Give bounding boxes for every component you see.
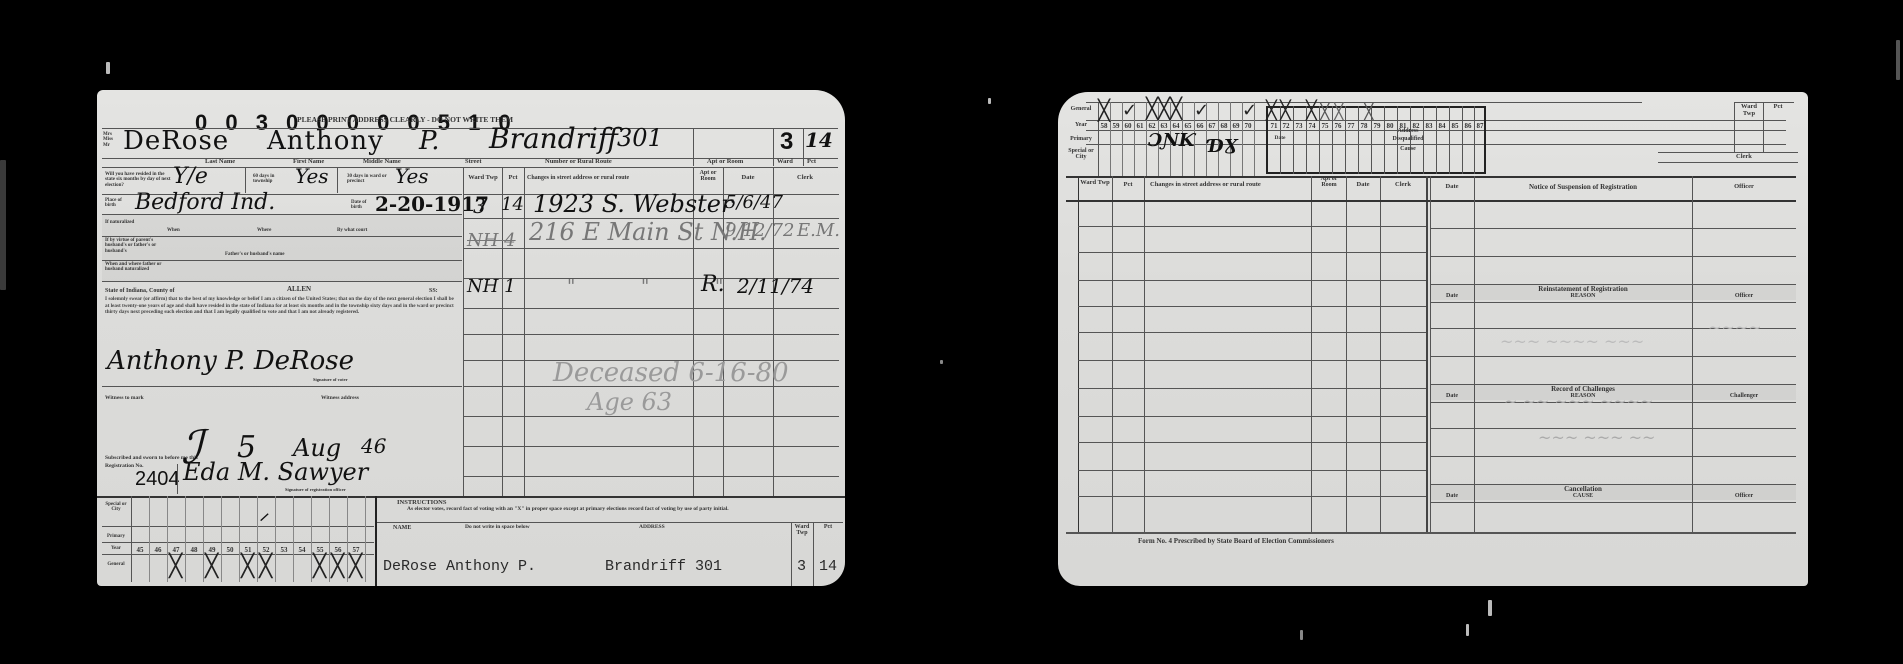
back-grid-label-year: Year: [1064, 122, 1098, 128]
rule: [1658, 152, 1798, 153]
vote-mark-check: ✓: [1242, 102, 1257, 120]
rule: [1430, 484, 1796, 485]
county-value: ALLEN: [287, 286, 311, 293]
label-apt: Apt or Room: [707, 159, 743, 166]
header-apt-room: Apt or Room: [695, 170, 721, 183]
rule: [1763, 102, 1764, 152]
rule: [502, 167, 503, 497]
year-cell: 73: [1293, 122, 1305, 130]
rule: [1078, 226, 1426, 227]
rule: [1430, 502, 1796, 503]
primary-mark: ᐟ: [257, 510, 266, 535]
rule: [257, 496, 258, 582]
rule: [1346, 176, 1347, 532]
rule: [1078, 388, 1426, 389]
stub-pct: 14: [819, 558, 837, 575]
rule: [102, 167, 838, 168]
rule: [1066, 200, 1796, 202]
back-header-apt: Apt or Room: [1313, 176, 1345, 189]
year-cell: 76: [1332, 122, 1344, 130]
label-resided-state: Will you have resided in the state six m…: [105, 172, 171, 188]
year-cell: 64: [1170, 122, 1182, 130]
year-cell: 77: [1345, 122, 1357, 130]
rule: [1078, 306, 1426, 307]
rule: [463, 334, 839, 335]
label-ward: Ward: [777, 159, 793, 166]
rule: [177, 464, 178, 494]
cancellation-date-header: Date: [1432, 493, 1472, 499]
header-date: Date: [725, 175, 771, 182]
registration-card-front: 0 0 3 0 0 0 0 0 5 1 0 PLEASE PRINT ADDRE…: [97, 90, 845, 586]
reinstatement-officer-header: Officer: [1694, 293, 1794, 299]
rule: [1078, 332, 1426, 333]
rule: [102, 386, 462, 387]
change-row3-ward: NH 1: [467, 276, 516, 297]
rule: [97, 496, 845, 498]
change-row3-clerk: R.: [701, 272, 725, 297]
change-row1-ward: 3: [473, 194, 486, 218]
rule: [203, 496, 204, 582]
rule: [1430, 302, 1796, 303]
back-grid-label-special: Special or City: [1064, 148, 1098, 161]
rule: [1078, 416, 1426, 417]
box-label-address: Address: [1388, 128, 1428, 134]
rule: [311, 496, 312, 582]
rule: [102, 260, 462, 261]
back-header-date: Date: [1348, 182, 1378, 189]
back-header-clerk: Clerk: [1382, 182, 1424, 189]
reinstatement-date-header: Date: [1432, 293, 1472, 299]
rule: [1734, 102, 1735, 152]
label-place-of-birth: Place of birth: [105, 198, 133, 209]
label-by-what-court: By what court: [337, 228, 367, 233]
rule: [1078, 280, 1426, 281]
suspension-officer-header: Officer: [1694, 184, 1794, 191]
rule: [1066, 532, 1796, 534]
rule: [1430, 228, 1796, 229]
rule: [1658, 162, 1798, 163]
year-cell: 87: [1474, 122, 1486, 130]
registrar-signature: Eda M. Sawyer: [183, 458, 368, 486]
label-pct: Pct: [807, 159, 816, 166]
precinct-value: 14: [805, 128, 833, 152]
label-father-naturalized: When and where father or husband natural…: [105, 262, 169, 273]
challenges-faint-note: ~ ~~ ~~~ ~~~~: [1504, 392, 1653, 411]
year-cell: 78: [1358, 122, 1370, 130]
rule: [463, 476, 839, 477]
vote-mark-check: ✓: [1194, 102, 1209, 120]
rule: [524, 167, 525, 497]
year-cell: 47: [167, 546, 185, 554]
year-cell: 55: [311, 546, 329, 554]
vote-mark-x: ╳: [1280, 102, 1291, 120]
rule: [239, 496, 240, 582]
year-cell: 63: [1158, 122, 1170, 130]
year-cell: 72: [1280, 122, 1292, 130]
year-cell: 84: [1436, 122, 1448, 130]
middle-initial-value: P.: [419, 126, 440, 156]
precinct-residence-value: Yes: [395, 164, 429, 188]
header-ward-twp: Ward Twp: [465, 175, 501, 182]
back-header-ward: Ward Twp: [1080, 180, 1110, 187]
rule: [377, 522, 843, 523]
header-instruction: PLEASE PRINT ADDRESS CLEARLY - DO NOT WR…: [297, 116, 513, 124]
year-cell: 53: [275, 546, 293, 554]
scan-edge: [0, 160, 6, 290]
label-date-of-birth: Date of birth: [351, 200, 375, 211]
rule: [337, 167, 338, 193]
rule: [167, 496, 168, 582]
rule: [1078, 176, 1079, 532]
label-when: When: [167, 228, 180, 233]
year-cell: 50: [221, 546, 239, 554]
rule: [1078, 496, 1426, 497]
year-cell: 67: [1206, 122, 1218, 130]
rule: [1462, 106, 1463, 174]
rule: [375, 496, 377, 586]
rule: [1078, 252, 1426, 253]
rule: [1692, 176, 1693, 532]
rule: [813, 522, 814, 586]
vote-mark-check: ✓: [1122, 102, 1137, 120]
rule: [293, 496, 294, 582]
scan-speck: [940, 360, 943, 364]
rule: [1430, 356, 1796, 357]
grid-label-general: General: [103, 562, 129, 567]
year-cell: 59: [1110, 122, 1122, 130]
ward-value: 3: [780, 128, 793, 156]
cancellation-cause-header: CAUSE: [1476, 493, 1690, 499]
year-cell: 52: [257, 546, 275, 554]
stub-label-ward: Ward Twp: [793, 524, 811, 537]
rule: [1430, 256, 1796, 257]
vote-mark-x: ╳: [1364, 104, 1374, 120]
prefix-labels: Mrs Miss Mr: [103, 132, 117, 148]
rule: [773, 128, 774, 166]
label-if-naturalized: If naturalized: [105, 220, 165, 225]
primary-initials: ƆƝƘ: [1148, 130, 1194, 151]
reinstatement-faint-note: ~~~ ~~~~ ~~~: [1500, 332, 1644, 351]
year-cell: 68: [1218, 122, 1230, 130]
scan-speck: [1896, 40, 1900, 80]
rule: [791, 522, 792, 586]
back-header-address: Changes in street address or rural route: [1150, 182, 1261, 189]
rule: [1430, 456, 1796, 457]
stub-label-address: ADDRESS: [639, 525, 665, 531]
deceased-note: Deceased 6-16-80: [553, 358, 789, 388]
rule: [693, 128, 694, 166]
year-cell: 49: [203, 546, 221, 554]
year-cell: 74: [1306, 122, 1318, 130]
primary-initials: ƊƔ: [1208, 136, 1237, 157]
rule: [221, 496, 222, 582]
rule: [347, 496, 348, 582]
year-cell: 46: [149, 546, 167, 554]
change-row1-address: 1923 S. Webster: [533, 190, 732, 218]
box-label-disqualified: Disqualified: [1378, 136, 1438, 142]
rule: [1474, 176, 1475, 532]
age-note: Age 63: [587, 388, 672, 416]
place-of-birth-value: Bedford Ind.: [135, 190, 275, 215]
rule: [1430, 176, 1431, 532]
rule: [463, 167, 464, 497]
registration-card-back: General Year Primary Special or City 58 …: [1058, 92, 1808, 586]
back-label-clerk: Clerk: [1736, 154, 1752, 161]
rule: [1293, 106, 1294, 174]
rule: [773, 167, 774, 497]
rule: [1449, 106, 1450, 174]
challenges-date-header: Date: [1432, 393, 1472, 399]
year-cell: 71: [1268, 122, 1280, 130]
label-witness-mark: Witness to mark: [105, 396, 144, 402]
change-row3-date: 2/11/74: [737, 274, 814, 298]
year-cell: 57: [347, 546, 365, 554]
rule: [463, 248, 839, 249]
oath-text: I solemnly swear (or affirm) that to the…: [105, 296, 455, 316]
year-cell: 56: [329, 546, 347, 554]
vote-mark-x: ╳: [1306, 102, 1317, 120]
box-label-cause: Cause: [1388, 146, 1428, 152]
grid-label-primary: Primary: [103, 534, 129, 539]
rule: [275, 496, 276, 582]
year-cell: 65: [1182, 122, 1194, 130]
challenges-faint-note: ~~~ ~~~ ~~: [1538, 428, 1655, 447]
back-label-pct: Pct: [1765, 104, 1791, 111]
scan-speck: [1466, 624, 1469, 636]
date-of-birth-value: 2-20-1917: [375, 192, 489, 216]
rule: [102, 526, 374, 527]
label-street: Street: [465, 159, 481, 166]
year-cell: 75: [1319, 122, 1331, 130]
year-cell: 85: [1449, 122, 1461, 130]
rule: [1358, 106, 1359, 174]
scan-speck: [988, 98, 991, 104]
scan-speck: [1300, 630, 1303, 640]
reinstatement-faint-officer: ~~~~: [1708, 318, 1762, 337]
rule: [1144, 176, 1145, 532]
header-clerk: Clerk: [775, 175, 835, 182]
vote-mark-x: ╳: [1266, 102, 1277, 120]
rule: [1078, 470, 1426, 471]
back-grid-label-primary: Primary: [1064, 136, 1098, 142]
label-state-county: State of Indiana, County of: [105, 288, 175, 294]
vote-mark-x: ╳: [205, 556, 218, 578]
rule: [1110, 102, 1111, 176]
vote-mark-x: ╳: [1320, 104, 1330, 120]
year-cell: 51: [239, 546, 257, 554]
back-header-pct: Pct: [1114, 182, 1142, 189]
rule: [1426, 176, 1428, 532]
stub-label-pct: Pct: [815, 524, 841, 530]
instructions-text: As elector votes, record fact of voting …: [407, 507, 827, 513]
rule: [1380, 176, 1381, 532]
year-cell: 60: [1122, 122, 1134, 130]
scan-speck: [106, 62, 110, 74]
suspension-date-header: Date: [1432, 184, 1472, 191]
scan-speck: [1488, 600, 1492, 616]
year-cell: 66: [1194, 122, 1206, 130]
rule: [102, 281, 462, 282]
vote-mark-x: ╳: [331, 556, 344, 578]
rule: [1311, 176, 1312, 532]
rule: [149, 496, 150, 582]
change-row1-date: 5/6/47: [725, 192, 783, 213]
vote-mark-x: ╳: [313, 556, 326, 578]
year-cell: 61: [1134, 122, 1146, 130]
box-label-date: Date: [1268, 136, 1292, 142]
vote-mark-x: ╳: [1098, 100, 1110, 120]
vote-mark-x: ╳: [1158, 98, 1170, 118]
back-label-ward: Ward Twp: [1736, 104, 1762, 118]
year-cell: 48: [185, 546, 203, 554]
header-pct: Pct: [503, 175, 523, 182]
rule: [131, 496, 132, 582]
change-row1-pct: 14: [501, 194, 524, 215]
cancellation-officer-header: Officer: [1694, 493, 1794, 499]
rule: [329, 496, 330, 582]
stub-label-name: NAME: [393, 525, 411, 531]
year-cell: 45: [131, 546, 149, 554]
suspension-title: Notice of Suspension of Registration: [1476, 184, 1690, 191]
challenges-challenger-header: Challenger: [1694, 393, 1794, 399]
label-precinct-residence: 30 days in ward or precinct: [347, 174, 401, 185]
last-name-value: DeRose: [123, 126, 229, 156]
year-cell: 70: [1242, 122, 1254, 130]
rule: [1066, 176, 1796, 178]
rule: [1345, 106, 1346, 174]
label-where: Where: [257, 228, 271, 233]
label-ss: SS:: [429, 288, 438, 294]
rule: [463, 416, 839, 417]
reinstatement-reason-header: REASON: [1476, 293, 1690, 299]
grid-label-year: Year: [103, 546, 129, 551]
label-registrar-signature: Signature of registration officer: [285, 488, 346, 493]
years-71-87-box: [1266, 106, 1486, 174]
vote-mark-x: ╳: [1146, 98, 1158, 118]
form-footer: Form No. 4 Prescribed by State Board of …: [1138, 538, 1334, 545]
rule: [185, 496, 186, 582]
vote-mark-x: ╳: [259, 556, 272, 578]
change-row3-address: " " ": [567, 276, 753, 297]
year-cell: 54: [293, 546, 311, 554]
resided-state-value: Y/e: [173, 164, 208, 189]
vote-mark-x: ╳: [241, 556, 254, 578]
rule: [102, 542, 374, 543]
rule: [803, 128, 804, 166]
township-value: Yes: [295, 164, 329, 188]
vote-mark-x: ╳: [169, 556, 182, 578]
rule: [365, 496, 366, 582]
year-cell: 62: [1146, 122, 1158, 130]
first-name-value: Anthony: [267, 126, 384, 156]
year-cell: 79: [1371, 122, 1383, 130]
subscribed-year: 46: [361, 434, 386, 458]
rule: [1474, 106, 1475, 174]
year-cell: 86: [1462, 122, 1474, 130]
vote-mark-x: ╳: [349, 556, 362, 578]
street-value: Brandriff: [489, 122, 618, 155]
house-number-value: 301: [617, 124, 663, 152]
label-witness-address: Witness address: [321, 396, 359, 402]
year-cell: 58: [1098, 122, 1110, 130]
stub-address: Brandriff 301: [605, 558, 722, 575]
voter-signature: Anthony P. DeRose: [107, 346, 354, 376]
label-signature-voter: Signature of voter: [313, 378, 348, 383]
rule: [1112, 176, 1113, 532]
change-row2-date: 9/12/72: [725, 220, 794, 241]
header-changes-address: Changes in street address or rural route: [527, 175, 629, 181]
label-fathers-name: Father's or husband's name: [225, 252, 285, 257]
vote-mark-x: ╳: [1170, 98, 1182, 118]
vote-mark-x: ╳: [1334, 104, 1344, 120]
label-last-name: Last Name: [205, 159, 235, 166]
label-citizen-by-virtue: If by virtue of parent's husband's or fa…: [105, 238, 165, 254]
rule: [1078, 442, 1426, 443]
rule: [1078, 360, 1426, 361]
rule: [463, 446, 839, 447]
year-cell: 69: [1230, 122, 1242, 130]
grid-label-special: Special or City: [103, 502, 129, 513]
rule: [102, 236, 462, 237]
rule: [463, 308, 839, 309]
label-township: 60 days in township: [253, 174, 293, 185]
stub-name: DeRose Anthony P.: [383, 558, 536, 575]
stub-do-not-write: Do not write in space below: [465, 525, 530, 531]
stub-ward: 3: [797, 558, 806, 575]
back-grid-label-general: General: [1064, 106, 1098, 112]
registration-number: 2404: [135, 468, 180, 491]
label-number: Number or Rural Route: [545, 159, 612, 166]
rule: [1332, 106, 1333, 174]
change-row2-clerk: E.M.: [797, 220, 840, 241]
change-row2-ward: NH 4: [467, 230, 516, 251]
